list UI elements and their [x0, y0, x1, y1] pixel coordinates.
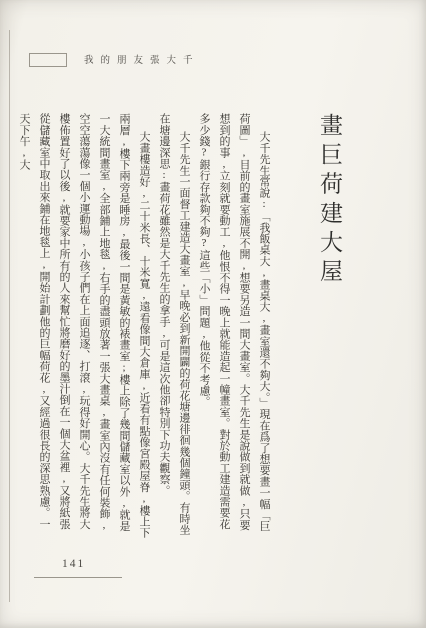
- chapter-mark-box: [29, 53, 67, 67]
- page-footer: 141: [0, 558, 426, 588]
- running-header-title: 我的朋友張大千: [84, 52, 200, 66]
- body-paragraph-1: 大千先生常說:「我飯桌大,畫桌大,畫室還不夠大。」現在爲了想要畫一幅「巨荷圖」,…: [194, 113, 274, 540]
- chapter-title: 畫巨荷建大屋: [312, 113, 346, 540]
- book-page-scan: 我的朋友張大千 畫巨荷建大屋 大千先生常說:「我飯桌大,畫桌大,畫室還不夠大。」…: [0, 0, 426, 628]
- page-gutter-edge: [9, 30, 10, 602]
- vertical-text-block: 畫巨荷建大屋 大千先生常說:「我飯桌大,畫桌大,畫室還不夠大。」現在爲了想要畫一…: [14, 113, 384, 540]
- page-number: 141: [62, 558, 85, 570]
- body-paragraph-2: 大千先生一面督工建造大畫室,早晚必到新開闢的荷花塘邊徘徊幾個鐘頭。有時坐在塘邊深…: [154, 113, 194, 540]
- footer-rule: [34, 577, 122, 578]
- body-paragraph-3: 大畫樓造好,二十米長、十米寬,遠看像間大倉庫,近看有點像宮殿屋脊,樓上下兩層,樓…: [14, 113, 154, 540]
- running-header: 我的朋友張大千: [0, 52, 426, 68]
